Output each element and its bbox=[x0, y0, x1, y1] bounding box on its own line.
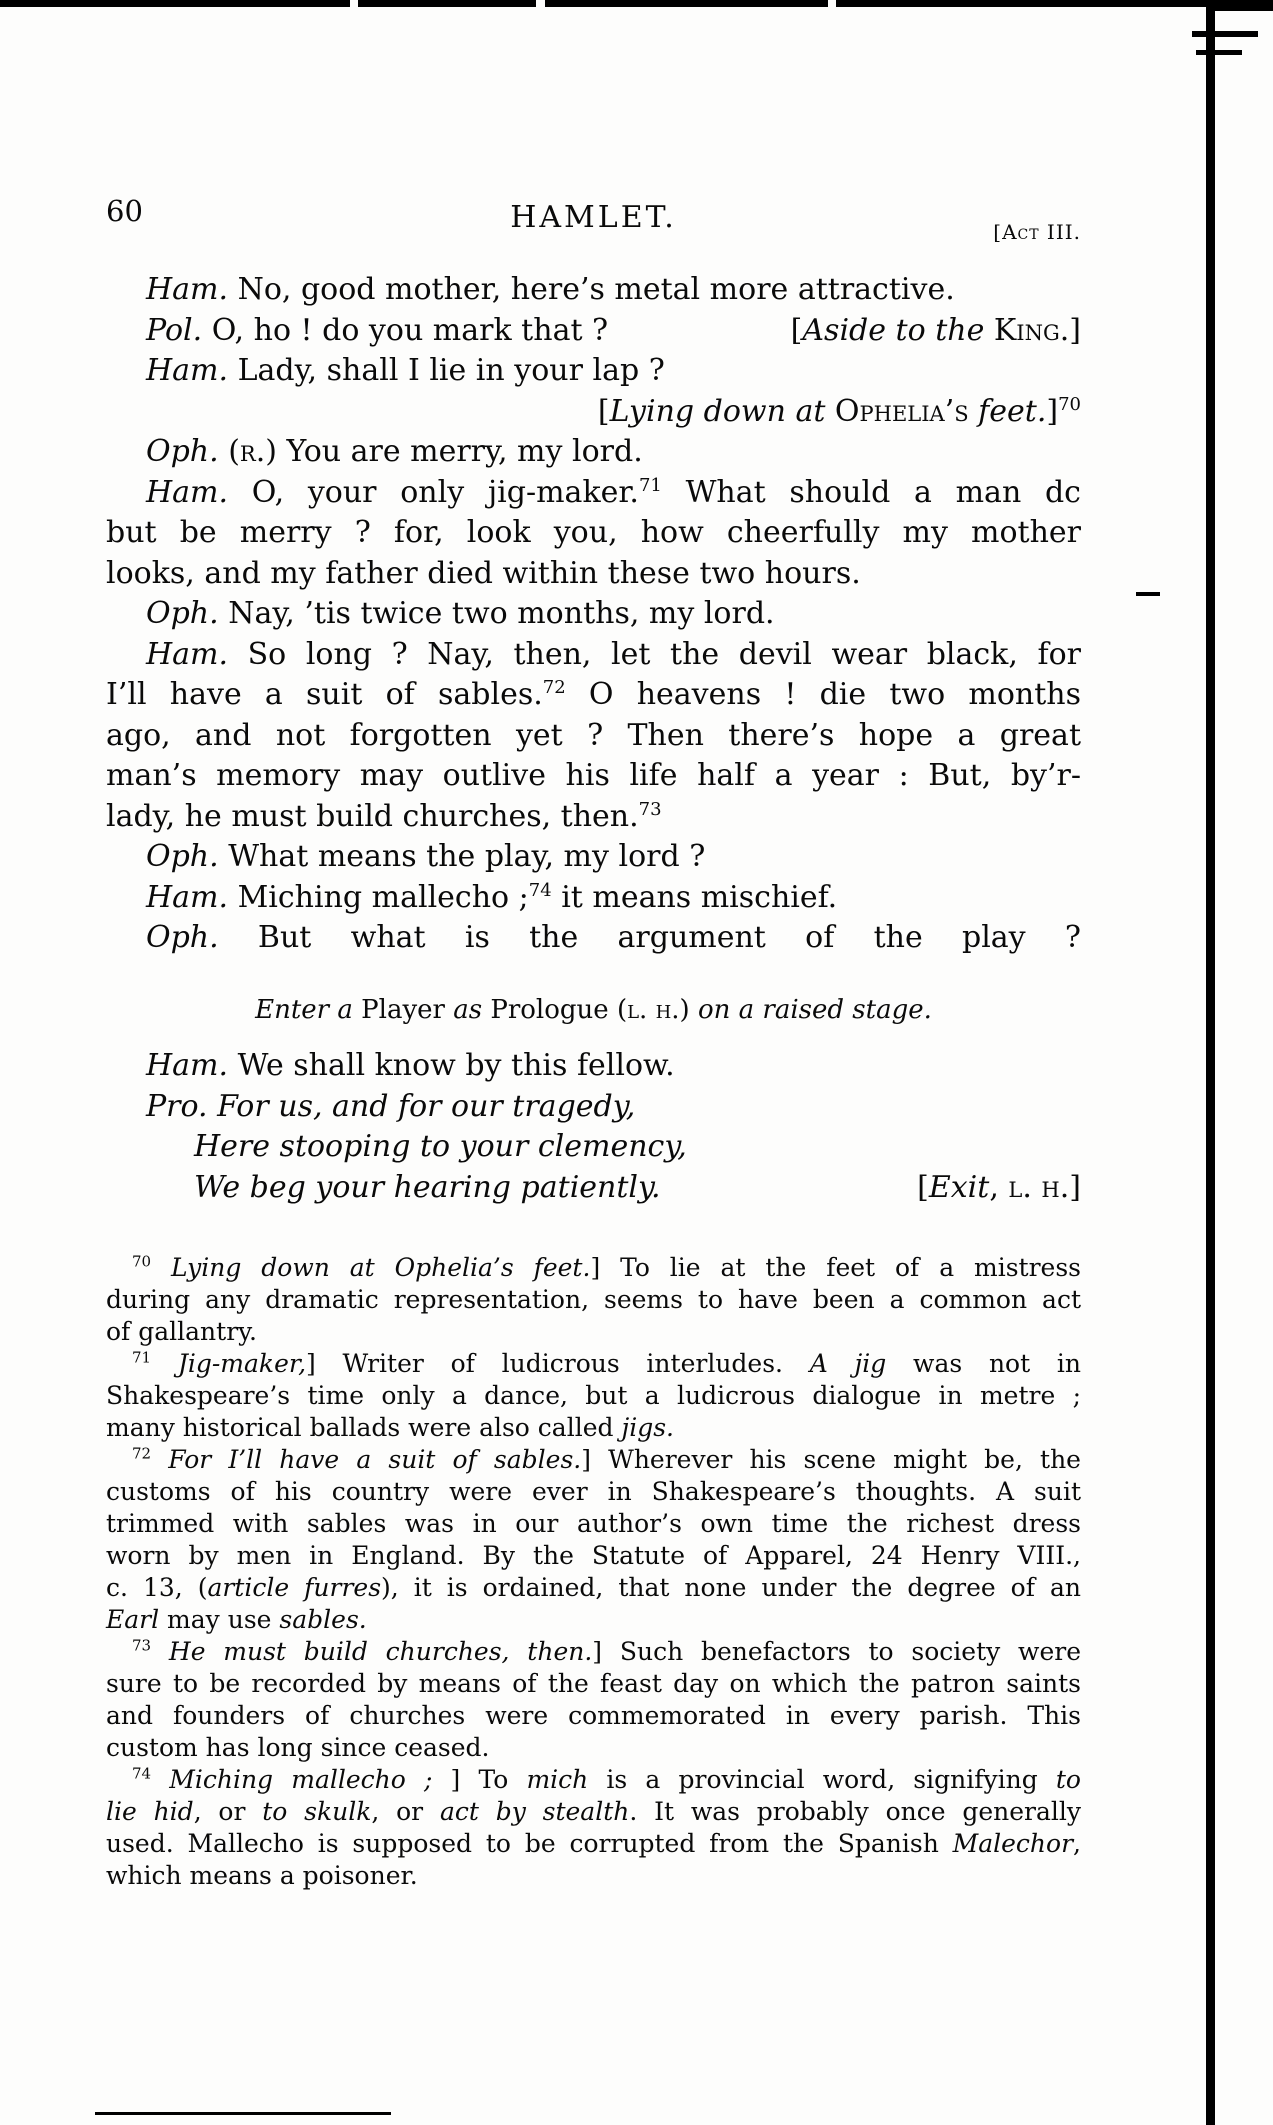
text-segment: l. h. bbox=[1008, 1170, 1069, 1205]
text-segment: Lying down at Ophelia’s feet. bbox=[151, 1253, 590, 1282]
text-segment: feet. bbox=[969, 394, 1047, 429]
scan-artifact-top-right-corner bbox=[1206, 0, 1273, 11]
footnote-72-cont: c. 13, (article furres), it is ordained,… bbox=[106, 1572, 1081, 1604]
text-segment: A jig bbox=[810, 1349, 887, 1378]
text-segment: We beg your hearing patiently. bbox=[194, 1170, 661, 1205]
footnote-70: 70 Lying down at Ophelia’s feet.] To lie… bbox=[106, 1252, 1081, 1284]
text-segment: ] bbox=[1046, 394, 1058, 429]
footnote-72-cont: Earl may use sables. bbox=[106, 1604, 1081, 1636]
text-segment: He must build churches, then. bbox=[151, 1637, 592, 1666]
text-segment: So long ? Nay, then, let the devil wear … bbox=[228, 637, 1081, 672]
text-segment: . It was probably once generally bbox=[629, 1797, 1081, 1826]
text-segment: ) bbox=[680, 995, 698, 1025]
scan-artifact-top-edge bbox=[0, 0, 1273, 7]
text-segment: but be merry ? for, look you, how cheerf… bbox=[106, 515, 1081, 550]
dialogue-ham-3-cont: but be merry ? for, look you, how cheerf… bbox=[106, 513, 1081, 554]
text-segment: Oph. bbox=[146, 920, 219, 955]
text-segment: Oph. bbox=[146, 434, 219, 469]
text-segment: many historical ballads were also called bbox=[106, 1413, 621, 1442]
text-segment: Ham. bbox=[146, 1048, 228, 1083]
text-segment: on a raised stage. bbox=[698, 995, 932, 1025]
text-segment: ) You are merry, my lord. bbox=[265, 434, 642, 469]
text-segment: Jig-maker, bbox=[151, 1349, 306, 1378]
text-segment: man’s memory may outlive his life half a… bbox=[106, 758, 1081, 793]
text-segment: during any dramatic representation, seem… bbox=[106, 1285, 1081, 1314]
text-segment: Pol. bbox=[146, 313, 202, 348]
text-segment: Oph. bbox=[146, 596, 219, 631]
text-segment: act by stealth bbox=[440, 1797, 629, 1826]
text-segment: to bbox=[1056, 1765, 1081, 1794]
text-segment: Ham. bbox=[146, 475, 228, 510]
text-segment: Lady, shall I lie in your lap ? bbox=[228, 353, 665, 388]
dialogue-oph-2: Oph. Nay, ’tis twice two months, my lord… bbox=[106, 594, 1081, 635]
text-segment: is a provincial word, signifying bbox=[588, 1765, 1056, 1794]
footnote-74-cont: which means a poisoner. bbox=[106, 1860, 1081, 1892]
dialogue-ham-4-cont: I’ll have a suit of sables.72 O heavens … bbox=[106, 675, 1081, 716]
text-segment: ] To bbox=[451, 1765, 527, 1794]
scan-artifact-margin-mark bbox=[1136, 592, 1160, 596]
text-segment: as bbox=[453, 995, 490, 1025]
text-segment: Shakespeare’s time only a dance, but a l… bbox=[106, 1381, 1081, 1410]
footnote-73-cont: sure to be recorded by means of the feas… bbox=[106, 1668, 1081, 1700]
dialogue-ham-4: Ham. So long ? Nay, then, let the devil … bbox=[106, 635, 1081, 676]
dialogue-oph-4: Oph. But what is the argument of the pla… bbox=[106, 918, 1081, 959]
text-segment: , or bbox=[371, 1797, 440, 1826]
text-segment: c. 13, ( bbox=[106, 1573, 207, 1602]
text-segment: and founders of churches were commemorat… bbox=[106, 1701, 1081, 1730]
text-segment: 74 bbox=[529, 880, 552, 901]
text-segment: Malechor bbox=[953, 1829, 1073, 1858]
text-segment: 71 bbox=[639, 475, 662, 496]
footnote-70-cont: during any dramatic representation, seem… bbox=[106, 1284, 1081, 1316]
text-segment: Exit bbox=[929, 1170, 989, 1205]
text-segment: Ham. bbox=[146, 272, 228, 307]
footnote-74-cont: used. Mallecho is supposed to be corrupt… bbox=[106, 1828, 1081, 1860]
inline-stage-direction: [Aside to the King.] bbox=[791, 311, 1081, 352]
text-segment: I’ll have a suit of sables. bbox=[106, 677, 543, 712]
text-segment: What means the play, my lord ? bbox=[219, 839, 706, 874]
text-segment: ), it is ordained, that none under the d… bbox=[381, 1573, 1081, 1602]
text-segment: ago, and not forgotten yet ? Then there’… bbox=[106, 718, 1081, 753]
text-segment: lady, he must build churches, then. bbox=[106, 799, 639, 834]
dialogue-ham-4-cont: ago, and not forgotten yet ? Then there’… bbox=[106, 716, 1081, 757]
dialogue-ham-3: Ham. O, your only jig-maker.71 What shou… bbox=[106, 473, 1081, 514]
text-segment: Prologue ( bbox=[490, 995, 627, 1025]
text-segment: Ophelia’s bbox=[835, 394, 969, 429]
dialogue-ham-6: Ham. We shall know by this fellow. bbox=[106, 1046, 1081, 1087]
text-segment: ] Such benefactors to society were bbox=[592, 1637, 1081, 1666]
text-segment: O, your only jig-maker. bbox=[228, 475, 639, 510]
text-segment: jigs. bbox=[621, 1413, 674, 1442]
dialogue-ham-3-cont: looks, and my father died within these t… bbox=[106, 554, 1081, 595]
text-segment: article furres bbox=[207, 1573, 381, 1602]
dialogue-ham-1: Ham. No, good mother, here’s metal more … bbox=[106, 270, 1081, 311]
text-segment: Pro. For us, and for our tragedy, bbox=[146, 1089, 635, 1124]
text-segment: customs of his country were ever in Shak… bbox=[106, 1477, 1081, 1506]
footnote-74: 74 Miching mallecho ; ] To mich is a pro… bbox=[106, 1764, 1081, 1796]
text-segment: 73 bbox=[132, 1637, 151, 1655]
text-segment: it means mischief. bbox=[552, 880, 838, 915]
text-segment: But what is the argument of the play ? bbox=[219, 920, 1081, 955]
text-segment: [ bbox=[917, 1170, 929, 1205]
text-segment: For I’ll have a suit of sables. bbox=[151, 1445, 581, 1474]
text-segment: lie hid bbox=[106, 1797, 194, 1826]
text-segment: 73 bbox=[639, 799, 662, 820]
text-segment: l. h. bbox=[627, 995, 679, 1025]
footnotes-block: 70 Lying down at Ophelia’s feet.] To lie… bbox=[106, 1252, 1081, 1892]
text-segment: r. bbox=[240, 434, 265, 469]
stage-direction-inline: [Lying down at Ophelia’s feet.]70 bbox=[106, 392, 1081, 433]
text-segment: worn by men in England. By the Statute o… bbox=[106, 1541, 1081, 1570]
prologue-line-2: Here stooping to your clemency, bbox=[106, 1127, 1081, 1168]
text-segment: [ bbox=[598, 394, 610, 429]
text-segment: No, good mother, here’s metal more attra… bbox=[228, 272, 955, 307]
dialogue-oph-3: Oph. What means the play, my lord ? bbox=[106, 837, 1081, 878]
footnote-73: 73 He must build churches, then.] Such b… bbox=[106, 1636, 1081, 1668]
text-segment: What should a man dc bbox=[662, 475, 1081, 510]
prologue-line-3: We beg your hearing patiently.[Exit, l. … bbox=[106, 1168, 1081, 1209]
scan-artifact-right-edge bbox=[1206, 0, 1215, 2125]
act-label: [Act III. bbox=[106, 220, 1081, 244]
dialogue-oph-1: Oph. (r.) You are merry, my lord. bbox=[106, 432, 1081, 473]
footnote-70-cont: of gallantry. bbox=[106, 1316, 1081, 1348]
scan-artifact-cross-tick bbox=[1192, 31, 1258, 37]
text-segment: 72 bbox=[132, 1445, 151, 1463]
footnote-72-cont: worn by men in England. By the Statute o… bbox=[106, 1540, 1081, 1572]
text-segment: of gallantry. bbox=[106, 1317, 257, 1346]
prologue-block: Ham. We shall know by this fellow.Pro. F… bbox=[106, 1046, 1081, 1208]
dialogue-ham-4-cont: man’s memory may outlive his life half a… bbox=[106, 756, 1081, 797]
text-segment: Nay, ’tis twice two months, my lord. bbox=[219, 596, 775, 631]
text-segment: , bbox=[989, 1170, 1008, 1205]
dialogue-pol-1: Pol. O, ho ! do you mark that ?[Aside to… bbox=[106, 311, 1081, 352]
footnote-72-cont: trimmed with sables was in our author’s … bbox=[106, 1508, 1081, 1540]
text-segment: trimmed with sables was in our author’s … bbox=[106, 1509, 1081, 1538]
text-segment: We shall know by this fellow. bbox=[228, 1048, 675, 1083]
prologue-line-1: Pro. For us, and for our tragedy, bbox=[106, 1087, 1081, 1128]
dialogue-block: Ham. No, good mother, here’s metal more … bbox=[106, 270, 1081, 959]
text-segment: may use bbox=[159, 1605, 279, 1634]
scan-artifact-bottom-mark bbox=[95, 2112, 391, 2115]
dialogue-ham-5: Ham. Miching mallecho ;74 it means misch… bbox=[106, 878, 1081, 919]
footnote-74-cont: lie hid, or to skulk, or act by stealth.… bbox=[106, 1796, 1081, 1828]
text-segment: Player bbox=[361, 995, 453, 1025]
dialogue-ham-2: Ham. Lady, shall I lie in your lap ? bbox=[106, 351, 1081, 392]
text-segment: King. bbox=[994, 313, 1069, 348]
text-segment: Enter a bbox=[255, 995, 361, 1025]
text-segment: ] bbox=[1069, 1170, 1081, 1205]
text-segment: 71 bbox=[132, 1349, 151, 1367]
text-segment: ] Wherever his scene might be, the bbox=[581, 1445, 1081, 1474]
text-segment: Ham. bbox=[146, 637, 228, 672]
text-segment: [ bbox=[791, 313, 803, 348]
footnote-72: 72 For I’ll have a suit of sables.] Wher… bbox=[106, 1444, 1081, 1476]
stage-direction-block: Enter a Player as Prologue (l. h.) on a … bbox=[106, 992, 1081, 1028]
text-segment: sables. bbox=[279, 1605, 366, 1634]
text-segment: , or bbox=[194, 1797, 263, 1826]
footnote-73-cont: and founders of churches were commemorat… bbox=[106, 1700, 1081, 1732]
text-segment: sure to be recorded by means of the feas… bbox=[106, 1669, 1081, 1698]
footnote-71-cont: many historical ballads were also called… bbox=[106, 1412, 1081, 1444]
text-segment: ( bbox=[219, 434, 240, 469]
stage-direction-enter-prologue: Enter a Player as Prologue (l. h.) on a … bbox=[106, 992, 1081, 1028]
text-segment: Aside to the bbox=[802, 313, 993, 348]
dialogue-ham-4-cont: lady, he must build churches, then.73 bbox=[106, 797, 1081, 838]
text-segment: Oph. bbox=[146, 839, 219, 874]
text-segment: O, ho ! do you mark that ? bbox=[202, 313, 608, 348]
footnote-71: 71 Jig-maker,] Writer of ludicrous inter… bbox=[106, 1348, 1081, 1380]
text-segment: 72 bbox=[543, 677, 566, 698]
text-segment: Ham. bbox=[146, 880, 228, 915]
text-segment: ] bbox=[1069, 313, 1081, 348]
text-segment: Here stooping to your clemency, bbox=[194, 1129, 687, 1164]
text-segment: Lying down at bbox=[610, 394, 835, 429]
text-segment: 70 bbox=[1058, 394, 1081, 415]
text-segment: looks, and my father died within these t… bbox=[106, 556, 861, 591]
text-segment: Earl bbox=[106, 1605, 159, 1634]
text-segment: Miching mallecho ; bbox=[228, 880, 529, 915]
footnote-71-cont: Shakespeare’s time only a dance, but a l… bbox=[106, 1380, 1081, 1412]
text-segment: ] To lie at the feet of a mistress bbox=[590, 1253, 1081, 1282]
inline-stage-direction: [Exit, l. h.] bbox=[917, 1168, 1081, 1209]
text-segment: mich bbox=[526, 1765, 588, 1794]
footnote-72-cont: customs of his country were ever in Shak… bbox=[106, 1476, 1081, 1508]
text-segment: 70 bbox=[132, 1253, 151, 1271]
text-segment: O heavens ! die two months bbox=[566, 677, 1081, 712]
text-segment: custom has long since ceased. bbox=[106, 1733, 490, 1762]
text-segment: , bbox=[1073, 1829, 1081, 1858]
text-segment: ] Writer of ludicrous interludes. bbox=[306, 1349, 810, 1378]
text-segment: Miching mallecho ; bbox=[151, 1765, 450, 1794]
text-segment: which means a poisoner. bbox=[106, 1861, 418, 1890]
text-segment: 74 bbox=[132, 1765, 151, 1783]
text-segment: Ham. bbox=[146, 353, 228, 388]
text-segment: was not in bbox=[886, 1349, 1081, 1378]
scan-artifact-cross-tick bbox=[1196, 50, 1242, 55]
text-segment: to skulk bbox=[262, 1797, 371, 1826]
text-segment: used. Mallecho is supposed to be corrupt… bbox=[106, 1829, 953, 1858]
footnote-73-cont: custom has long since ceased. bbox=[106, 1732, 1081, 1764]
book-page: 60 HAMLET. [Act III. Ham. No, good mothe… bbox=[0, 0, 1273, 2125]
